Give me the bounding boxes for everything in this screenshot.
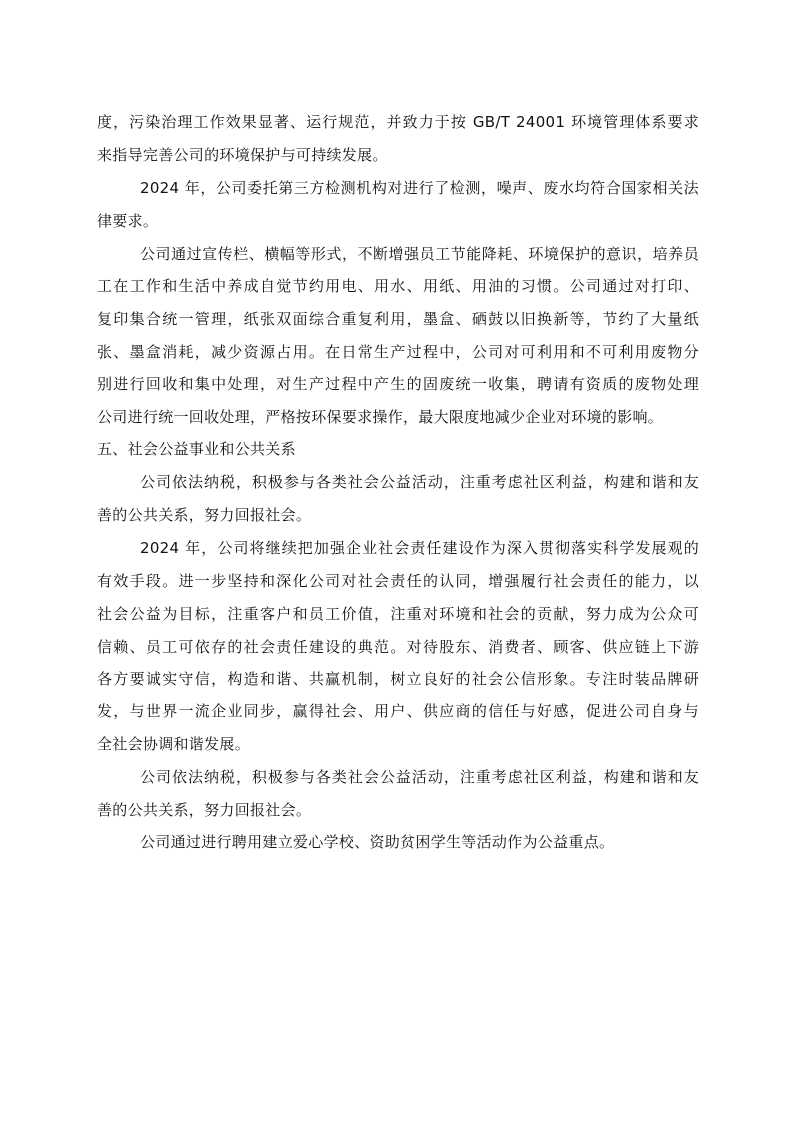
paragraph-line: 有效手段。进一步坚持和深化公司对社会责任的认同，增强履行社会责任的能力，以 xyxy=(97,569,699,593)
paragraph-line: 律要求。 xyxy=(97,209,699,233)
paragraph-line: 度，污染治理工作效果显著、运行规范，并致力于按 GB/T 24001 环境管理体… xyxy=(97,110,699,134)
paragraph-line: 各方要诚实守信，构造和谐、共赢机制，树立良好的社会公信形象。专注时装品牌研 xyxy=(97,667,699,691)
document-page: 度，污染治理工作效果显著、运行规范，并致力于按 GB/T 24001 环境管理体… xyxy=(0,0,794,1123)
paragraph-line: 社会公益为目标，注重客户和员工价值，注重对环境和社会的贡献，努力成为公众可 xyxy=(97,602,699,626)
paragraph-line: 2024 年，公司委托第三方检测机构对进行了检测，噪声、废水均符合国家相关法 xyxy=(140,176,699,200)
paragraph-line: 工在工作和生活中养成自觉节约用电、用水、用纸、用油的习惯。公司通过对打印、 xyxy=(97,274,699,298)
section-heading: 五、社会公益事业和公共关系 xyxy=(97,437,699,461)
paragraph-line: 公司依法纳税，积极参与各类社会公益活动，注重考虑社区利益，构建和谐和友 xyxy=(140,470,699,494)
paragraph-line: 2024 年，公司将继续把加强企业社会责任建设作为深入贯彻落实科学发展观的 xyxy=(140,536,699,560)
paragraph-line: 公司依法纳税，积极参与各类社会公益活动，注重考虑社区利益，构建和谐和友 xyxy=(140,765,699,789)
paragraph-line: 复印集合统一管理，纸张双面综合重复利用，墨盒、硒鼓以旧换新等，节约了大量纸 xyxy=(97,307,699,331)
paragraph-line: 公司进行统一回收处理，严格按环保要求操作，最大限度地减少企业对环境的影响。 xyxy=(97,405,699,429)
paragraph-line: 信赖、员工可依存的社会责任建设的典范。对待股东、消费者、顾客、供应链上下游 xyxy=(97,635,699,659)
paragraph-line: 别进行回收和集中处理，对生产过程中产生的固废统一收集，聘请有资质的废物处理 xyxy=(97,372,699,396)
paragraph-line: 善的公共关系，努力回报社会。 xyxy=(97,503,699,527)
paragraph-line: 来指导完善公司的环境保护与可持续发展。 xyxy=(97,143,699,167)
paragraph-line: 公司通过宣传栏、横幅等形式，不断增强员工节能降耗、环境保护的意识，培养员 xyxy=(140,242,699,266)
paragraph-line: 发，与世界一流企业同步，赢得社会、用户、供应商的信任与好感，促进公司自身与 xyxy=(97,699,699,723)
paragraph-line: 公司通过进行聘用建立爱心学校、资助贫困学生等活动作为公益重点。 xyxy=(140,830,699,854)
paragraph-line: 善的公共关系，努力回报社会。 xyxy=(97,798,699,822)
paragraph-line: 全社会协调和谐发展。 xyxy=(97,732,699,756)
paragraph-line: 张、墨盒消耗，减少资源占用。在日常生产过程中，公司对可利用和不可利用废物分 xyxy=(97,340,699,364)
